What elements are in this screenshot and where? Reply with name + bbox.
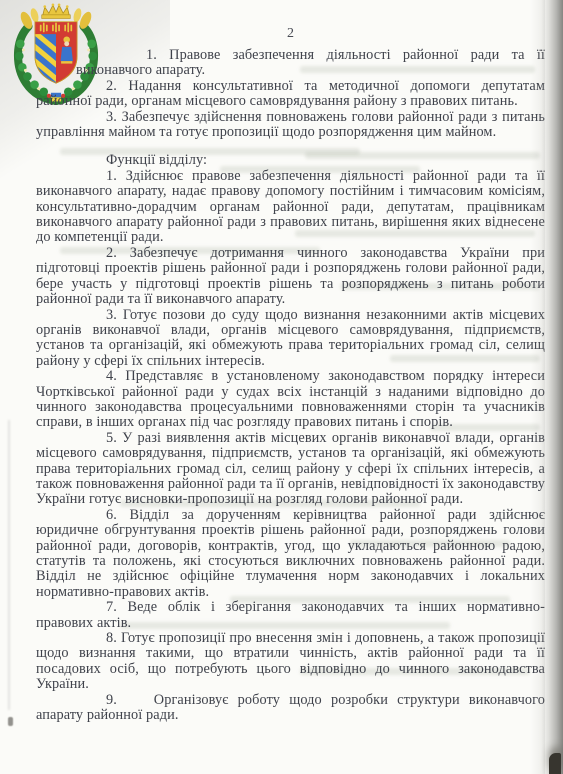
page-number: 2 (36, 26, 545, 42)
emblem-spacer (36, 48, 76, 78)
scan-right-edge-shadow (541, 0, 563, 774)
scanned-document-page: 2 1. Правове забезпечення діяльності рай… (0, 0, 563, 774)
function-item-2: 2. Забезпечує дотримання чинного законод… (36, 246, 545, 308)
function-item-7: 7. Веде облік і зберігання законодавчих … (36, 600, 545, 631)
function-item-8: 8. Готує пропозиції про внесення змін і … (36, 631, 545, 693)
function-item-6: 6. Відділ за дорученням керівництва райо… (36, 508, 545, 600)
document-body: 1. Правове забезпечення діяльності район… (36, 48, 545, 723)
intro-paragraph-2: 2. Надання консультативної та методичної… (36, 79, 545, 110)
intro-paragraph-3: 3. Забезпечує здійснення повноважень гол… (36, 110, 545, 141)
intro-paragraph-1: 1. Правове забезпечення діяльності район… (36, 48, 545, 79)
section-heading: Функції відділу: (36, 153, 545, 168)
function-item-9: 9. Організовує роботу щодо розробки стру… (36, 693, 545, 724)
function-item-3: 3. Готує позови до суду щодо визнання не… (36, 308, 545, 370)
scan-ink-spot (8, 717, 13, 726)
scan-crease-line (8, 420, 10, 710)
function-item-5: 5. У разі виявлення актів місцевих орган… (36, 431, 545, 508)
function-item-1: 1. Здійснює правове забезпечення діяльно… (36, 169, 545, 246)
scan-corner-dark-mark (549, 753, 561, 774)
function-item-4: 4. Представляє в установленому законодав… (36, 369, 545, 431)
